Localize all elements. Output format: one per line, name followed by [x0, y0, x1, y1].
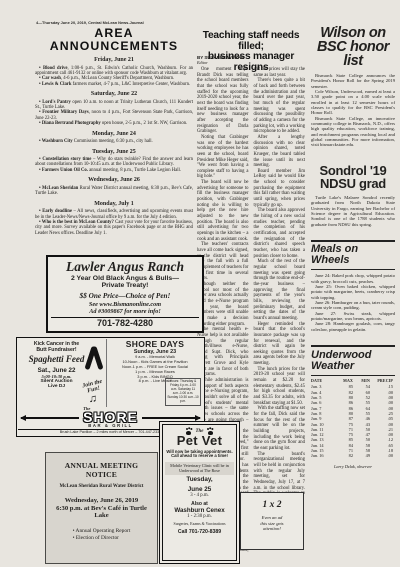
pet-vet-services: Surgeries, Exams & Vaccinations [165, 522, 234, 527]
lawler-angus-ranch-ad: Lawler Angus Ranch 2 Year Old Black Angu… [46, 255, 204, 333]
lawler-ad-line2: Private Treaty! [51, 282, 199, 289]
meals-entry: June 26: Hamburger on a bun, tater round… [311, 300, 395, 311]
article-paragraph: Heger reminded the board that the school… [254, 322, 306, 367]
meals-entry: June 24: Baked pork chop, whipped potato… [311, 273, 395, 284]
announcement-item-title: • Washburn City [39, 139, 73, 144]
article-paragraph: The board will now be advertising for so… [197, 180, 249, 242]
article-paragraph: The teachers' contracts have all come ba… [197, 242, 249, 282]
announcement-item-text: farmers market, 4-7 p.m., L&C Interpreti… [72, 82, 191, 87]
announcement-item-text: open house, 2-5 p.m., 2 1st St. NW, Garr… [101, 121, 188, 126]
article-paragraph: Bismarck State College announces the Pre… [311, 73, 395, 89]
announcement-date-heading: Monday, July 1 [35, 201, 193, 208]
shore-fundraiser-panel: Kick Cancer in the Butt Fundraiser! Spag… [18, 339, 106, 407]
meals-title: Meals on Wheels [311, 244, 395, 270]
fundraiser-line2: Butt Fundraiser! [21, 347, 92, 353]
announcement-item-title: • Blood drive [39, 66, 67, 71]
awareness-ribbon-icon [86, 346, 102, 372]
announcement-item: • Who is the best in McLean County? Cast… [35, 220, 193, 236]
byline-role: Editor [197, 61, 305, 66]
lawler-ad-reference: Ad #3009867 for more info! [51, 309, 199, 316]
weather-section: Underwood Weather DATE MAX MIN PRECIP Ju… [311, 345, 395, 468]
byline: BY SUZANNE WERRE [197, 55, 305, 60]
announcement-section-monday: Monday, June 24 • Washburn City Commissi… [35, 131, 193, 145]
weather-precip: .00 [370, 453, 393, 458]
article-paragraph: Cole Wilson, Underwood, earned at least … [311, 89, 395, 116]
article-paragraph: The board also approved the hiring of a … [254, 208, 306, 259]
announcement-item-title: • Lewis & Clark [39, 82, 72, 87]
oar-icon-right [142, 417, 200, 419]
announcement-item: • Frontier Military Days, noon to 4 p.m.… [35, 110, 193, 121]
masthead-line: 4—Thursday June 20, 2019, Central McLean… [36, 21, 211, 26]
newspaper-page: 4—Thursday June 20, 2019, Central McLean… [0, 0, 400, 567]
sondrol-headline: Sondrol '19 NDSU grad [311, 164, 395, 190]
article-paragraph: Much of the rest of the regular school b… [254, 259, 306, 321]
announcement-item-title: • Lord's Pantry [39, 100, 71, 105]
house-ad-size-label: 1 x 2 [243, 500, 301, 510]
wilson-body: Bismarck State College announces the Pre… [311, 73, 395, 148]
announcement-section-saturday: Saturday, June 22 • Lord's Pantry open 1… [35, 91, 193, 127]
announcement-list: • Lord's Pantry open 10 a.m. to noon at … [35, 100, 193, 127]
pet-vet-time2: 1 - 2:30 p.m. [165, 514, 234, 520]
house-ad-lines: Even an adthis size getsattention! [243, 515, 301, 532]
announcement-item-title: • Constellation story time [39, 157, 91, 162]
oar-icon-left [21, 417, 79, 419]
agenda-item: • Election of Director [73, 535, 131, 542]
announcement-item: • Diana Bertrand Photography open house,… [35, 121, 193, 126]
area-announcements-section: AREA ANNOUNCEMENTS Friday, June 21 • Blo… [35, 27, 193, 236]
spaghetti-feed-title: Spaghetti Feed [21, 355, 92, 365]
shore-bar-grill-ad: Kick Cancer in the Butt Fundraiser! Spag… [16, 337, 205, 437]
announcement-item-title: • Farmers Union Oil Co. [39, 168, 88, 173]
announcement-list: • Constellation story time – Why do star… [35, 157, 193, 173]
pet-vet-intro: Will now be taking appointments. Call ah… [165, 450, 234, 460]
annual-meeting-agenda: • Annual Operating Report• Election of D… [73, 528, 131, 542]
lawler-ad-line1: 2 Year Old Black Angus & Bulls— [51, 275, 199, 282]
announcement-item-title: • Car wash [39, 76, 61, 81]
meals-entry: June 27: Swiss steak, whipped potato/mar… [311, 311, 395, 322]
sondrol-article: Sondrol '19 NDSU grad Turtle Lake's Mala… [311, 164, 395, 227]
shore-logo-center: The SHORE BAR & GRILL [79, 407, 142, 429]
announcement-item-text: annual meeting, 8 p.m., Turtle Lake Legi… [88, 168, 181, 173]
lawler-ad-title: Lawler Angus Ranch [51, 260, 199, 273]
article-paragraph: Turtle Lake's Malaree Sondrol recently g… [311, 195, 395, 227]
pet-vet-place2: Washburn Cenex [165, 507, 234, 514]
house-ad-1x2: 1 x 2 Even an adthis size getsattention! [240, 492, 304, 550]
sondrol-body: Turtle Lake's Malaree Sondrol recently g… [311, 195, 395, 227]
announcement-item-title: • Who is the best in McLean County? [39, 220, 114, 225]
meals-list: June 24: Baked pork chop, whipped potato… [311, 273, 395, 332]
weather-title: Underwood Weather [311, 350, 395, 376]
annual-meeting-date: Wednesday, June 26, 2019 [51, 497, 152, 505]
agenda-item: • Annual Operating Report [73, 528, 131, 535]
article-paragraph: Board member Jim LeRoy said he would lik… [254, 169, 306, 209]
pet-vet-phone: Call 701-720-8389 [165, 529, 234, 536]
announcement-item: • Early deadline – All news, classifieds… [35, 209, 193, 220]
meals-on-wheels-section: Meals on Wheels June 24: Baked pork chop… [311, 240, 395, 332]
announcement-item: • Washburn City Commission meeting, 6:30… [35, 139, 193, 144]
weather-min: 49 [353, 453, 370, 458]
shore-days-panel: SHORE DAYS Sunday, June 23 9 a.m. - Memo… [106, 339, 203, 407]
pet-vet-name: Pet Vet [165, 435, 234, 448]
house-ad-line: attention! [243, 526, 301, 532]
announcement-section-wednesday: Wednesday, June 26 • McLean Sheridan Rur… [35, 177, 193, 196]
weather-row: Jun. 16 82 49 .00 [311, 453, 395, 458]
article-paragraph: There's been quite a bit of back and for… [254, 78, 306, 135]
fundraiser-date: Sat., June 22 [21, 367, 92, 374]
weather-table: DATE MAX MIN PRECIP Jun. 3 85 54 .15 Jun… [311, 379, 395, 458]
pet-vet-date-line1: Tuesday, [165, 477, 234, 484]
pet-vet-ad: The Pet Vet Will now be taking appointme… [162, 424, 237, 561]
announcement-item: • Constellation story time – Why do star… [35, 157, 193, 168]
annual-meeting-title: ANNUAL MEETING NOTICE [51, 462, 152, 479]
announcement-item: • Lewis & Clark farmers market, 4-7 p.m.… [35, 82, 193, 87]
announcement-item-title: • Diana Bertrand Photography [39, 121, 101, 126]
weather-date: Jun. 16 [311, 453, 337, 458]
weather-observer: Larry Dzlak, observer [311, 464, 395, 469]
shore-hours-box: Hours: Thursday & Friday 4 p.m.-1:00 a.m… [165, 378, 201, 405]
announcement-item: • Farmers Union Oil Co. annual meeting, … [35, 168, 193, 173]
right-column: Wilson on BSC honor list Bismarck State … [311, 26, 395, 469]
meals-entry: June 28: Hamburger goulash, corn, tangy … [311, 321, 395, 332]
announcement-list: • Early deadline – All news, classifieds… [35, 209, 193, 236]
announcement-list: • McLean Sheridan Rural Water District a… [35, 186, 193, 197]
wilson-headline: Wilson on BSC honor list [311, 26, 395, 68]
shore-ad-main: Kick Cancer in the Butt Fundraiser! Spag… [18, 339, 203, 407]
annual-meeting-place: 6:30 p.m. at Bev's Café in Turtle Lake [51, 505, 152, 520]
weather-max: 82 [337, 453, 353, 458]
wilson-article: Wilson on BSC honor list Bismarck State … [311, 26, 395, 148]
announcement-item: • McLean Sheridan Rural Water District a… [35, 186, 193, 197]
announcement-date-heading: Friday, June 21 [35, 57, 193, 64]
announcement-date-heading: Wednesday, June 26 [35, 177, 193, 184]
weather-rows: Jun. 3 85 54 .15 Jun. 4 82 60 .00 Jun. 5… [311, 384, 395, 458]
music-notes-icon: ♫ [89, 394, 97, 405]
paw-icon [207, 428, 214, 435]
announcement-item-title: • Early deadline [39, 209, 72, 214]
shore-days-title: SHORE DAYS [109, 340, 201, 349]
announcement-item: • Lord's Pantry open 10 a.m. to noon at … [35, 100, 193, 111]
annual-meeting-org: McLean Sheridan Rural Water District [51, 484, 152, 490]
announcement-list: • Blood drive, 1:00-6 p.m., St. Edwin's … [35, 66, 193, 88]
pet-vet-location: Mobile Veterinary Clinic will be in Unde… [165, 462, 234, 475]
announcement-section-tuesday: Tuesday, June 25 • Constellation story t… [35, 149, 193, 174]
article-paragraph: Bismarck State College, an innovative co… [311, 116, 395, 148]
article-paragraph: With the staffing now set for the fall, … [254, 406, 306, 451]
article-paragraph: Noting that Grabinger was one of the har… [197, 135, 249, 180]
annual-meeting-notice-ad: ANNUAL MEETING NOTICE McLean Sheridan Ru… [45, 452, 158, 564]
article-paragraph: After a lengthy discussion with no clear… [254, 135, 306, 169]
article-paragraph: One moment Supt. Brandt Dick was telling… [197, 67, 249, 135]
lawler-ad-price: $$ One Price—Choice of Pen! [51, 292, 199, 300]
announcement-item-title: • Frontier Military Days [39, 110, 89, 115]
pet-vet-date-line2: June 25 [165, 487, 234, 494]
lawler-ad-phone: 701-782-4280 [51, 317, 199, 329]
area-announcements-title: AREA ANNOUNCEMENTS [35, 27, 193, 53]
announcement-item: • Blood drive, 1:00-6 p.m., St. Edwin's … [35, 66, 193, 77]
announcement-date-heading: Monday, June 24 [35, 131, 193, 138]
paw-icon [185, 428, 192, 435]
meals-entry: June 25: Oven baked chicken, whipped pot… [311, 284, 395, 300]
logo-name: SHORE [83, 412, 138, 424]
headline-line-1: Teaching staff needs filled; [203, 30, 300, 52]
announcement-section-july1: Monday, July 1 • Early deadline – All ne… [35, 201, 193, 237]
announcement-date-heading: Saturday, June 22 [35, 91, 193, 98]
announcement-item-title: • McLean Sheridan [39, 186, 78, 191]
logo-subtitle: BAR & GRILL [83, 423, 138, 429]
announcement-list: • Washburn City Commission meeting, 6:30… [35, 139, 193, 144]
announcement-item-text: Commission meeting, 6:30 p.m., city hall… [73, 139, 153, 144]
announcement-date-heading: Tuesday, June 25 [35, 149, 193, 156]
pet-vet-time1: 3 - 4 p.m. [165, 493, 234, 499]
announcement-section-friday: Friday, June 21 • Blood drive, 1:00-6 p.… [35, 57, 193, 87]
article-paragraph: Though neither the school nor most of th… [197, 282, 249, 327]
article-paragraph: The lunch prices for the 2019-20 school … [254, 367, 306, 407]
announcement-item-text: , 4-6 p.m., McLean County Sheriff's Depa… [61, 76, 174, 81]
